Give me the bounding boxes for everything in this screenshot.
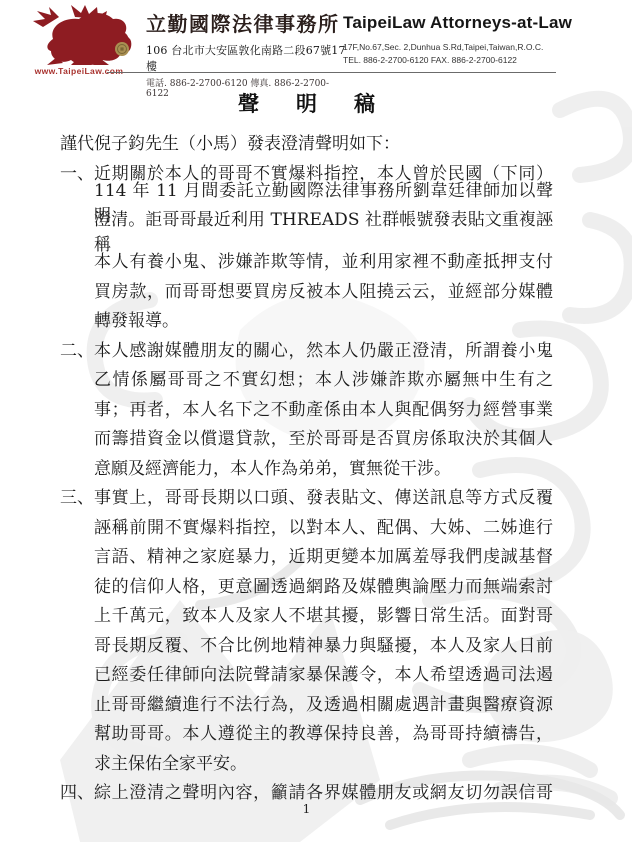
statement-line: 幫助哥哥。本人遵從主的教導保持良善，為哥哥持續禱告， [60,717,553,747]
logo-website-url: www.TaipeiLaw.com [22,66,136,76]
statement-line: 事；再者，本人名下之不動產係由本人與配偶努力經營事業 [60,393,553,423]
statement-line-text: 止哥哥繼續進行不法行為，及透過相關處遇計畫與醫療資源 [94,690,553,715]
firm-address-zh: 106 台北市大安區敦化南路二段67號17樓 [146,42,346,74]
list-number: 四、 [60,778,94,803]
statement-line-text: 事；再者，本人名下之不動產係由本人與配偶努力經營事業 [94,395,553,420]
statement-line: 徒的信仰人格，更意圖透過網路及媒體輿論壓力而無端索討 [60,570,553,600]
statement-line: 上千萬元，致本人及家人不堪其擾，影響日常生活。面對哥 [60,599,553,629]
firm-info-en: TaipeiLaw Attorneys-at-Law 17F,No.67,Sec… [343,13,623,65]
list-number: 一、 [60,159,94,184]
statement-line-text: 誣稱前開不實爆料指控，以對本人、配偶、大姊、二姊進行 [94,513,553,538]
lion-logo-icon [23,5,135,65]
statement-line: 乙情係屬哥哥之不實幻想；本人涉嫌詐欺亦屬無中生有之 [60,363,553,393]
statement-line: 已經委任律師向法院聲請家暴保護令，本人希望透過司法遏 [60,658,553,688]
document-title: 聲 明 稿 [60,88,553,118]
statement-line-text: 已經委任律師向法院聲請家暴保護令，本人希望透過司法遏 [94,660,553,685]
firm-logo: www.TaipeiLaw.com [22,5,136,77]
statement-line: 二、本人感謝媒體朋友的關心，然本人仍嚴正澄清，所謂養小鬼 [60,334,553,364]
statement-line: 止哥哥繼續進行不法行為，及透過相關處遇計畫與醫療資源 [60,688,553,718]
statement-line: 言語、精神之家庭暴力，近期更變本加厲羞辱我們虔誠基督 [60,540,553,570]
statement-line-text: 求主保佑全家平安。 [94,749,553,774]
statement-line: 三、事實上，哥哥長期以口頭、發表貼文、傳送訊息等方式反覆 [60,481,553,511]
statement-line: 本人有養小鬼、涉嫌詐欺等情，並利用家裡不動產抵押支付 [60,245,553,275]
statement-line: 意願及經濟能力，本人作為弟弟，實無從干涉。 [60,452,553,482]
statement-line-text: 上千萬元，致本人及家人不堪其擾，影響日常生活。面對哥 [94,601,553,626]
statement-line: 求主保佑全家平安。 [60,747,553,777]
statement-line: 澄清。詎哥哥最近利用 THREADS 社群帳號發表貼文重複誣稱 [60,216,553,246]
list-number: 三、 [60,483,94,508]
statement-line: 誣稱前開不實爆料指控，以對本人、配偶、大姊、二姊進行 [60,511,553,541]
statement-line-text: 幫助哥哥。本人遵從主的教導保持良善，為哥哥持續禱告， [94,719,553,744]
firm-name-en: TaipeiLaw Attorneys-at-Law [343,13,623,33]
statement-line-text: 買房款，而哥哥想要買房反被本人阻撓云云，並經部分媒體 [94,277,553,302]
statement-line-text: 轉發報導。 [94,306,553,331]
statement-body: 謹代倪子鈞先生（小馬）發表澄清聲明如下：一、近期關於本人的哥哥不實爆料指控，本人… [60,127,553,806]
statement-line: 哥長期反覆、不合比例地精神暴力與騷擾，本人及家人日前 [60,629,553,659]
firm-phone-en: TEL. 886-2-2700-6120 FAX. 886-2-2700-612… [343,55,623,65]
statement-line-text: 本人有養小鬼、涉嫌詐欺等情，並利用家裡不動產抵押支付 [94,247,553,272]
firm-info-zh: 立勤國際法律事務所 106 台北市大安區敦化南路二段67號17樓 電話. 886… [146,11,346,99]
firm-name-zh: 立勤國際法律事務所 [146,11,346,37]
header-divider [107,72,556,73]
letterhead: www.TaipeiLaw.com 立勤國際法律事務所 106 台北市大安區敦化… [0,0,632,80]
statement-line-text: 哥長期反覆、不合比例地精神暴力與騷擾，本人及家人日前 [94,631,553,656]
firm-address-en: 17F,No.67,Sec. 2,Dunhua S.Rd,Taipei,Taiw… [343,42,623,52]
statement-line-text: 而籌措資金以償還貸款，至於哥哥是否買房係取決於其個人 [94,424,553,449]
statement-line-text: 事實上，哥哥長期以口頭、發表貼文、傳送訊息等方式反覆 [94,483,553,508]
statement-line-text: 本人感謝媒體朋友的關心，然本人仍嚴正澄清，所謂養小鬼 [94,336,553,361]
statement-line-text: 乙情係屬哥哥之不實幻想；本人涉嫌詐欺亦屬無中生有之 [94,365,553,390]
statement-line: 買房款，而哥哥想要買房反被本人阻撓云云，並經部分媒體 [60,275,553,305]
statement-line: 轉發報導。 [60,304,553,334]
statement-line-text: 綜上澄清之聲明內容，籲請各界媒體朋友或網友切勿誤信哥 [94,778,553,803]
list-number: 二、 [60,336,94,361]
document-page: www.TaipeiLaw.com 立勤國際法律事務所 106 台北市大安區敦化… [0,0,632,842]
statement-line-text: 謹代倪子鈞先生（小馬）發表澄清聲明如下： [60,129,553,154]
page-number: 1 [60,802,553,816]
statement-line-text: 意願及經濟能力，本人作為弟弟，實無從干涉。 [94,454,553,479]
statement-line-text: 言語、精神之家庭暴力，近期更變本加厲羞辱我們虔誠基督 [94,542,553,567]
statement-line-text: 徒的信仰人格，更意圖透過網路及媒體輿論壓力而無端索討 [94,572,553,597]
statement-line: 而籌措資金以償還貸款，至於哥哥是否買房係取決於其個人 [60,422,553,452]
statement-line: 謹代倪子鈞先生（小馬）發表澄清聲明如下： [60,127,553,157]
